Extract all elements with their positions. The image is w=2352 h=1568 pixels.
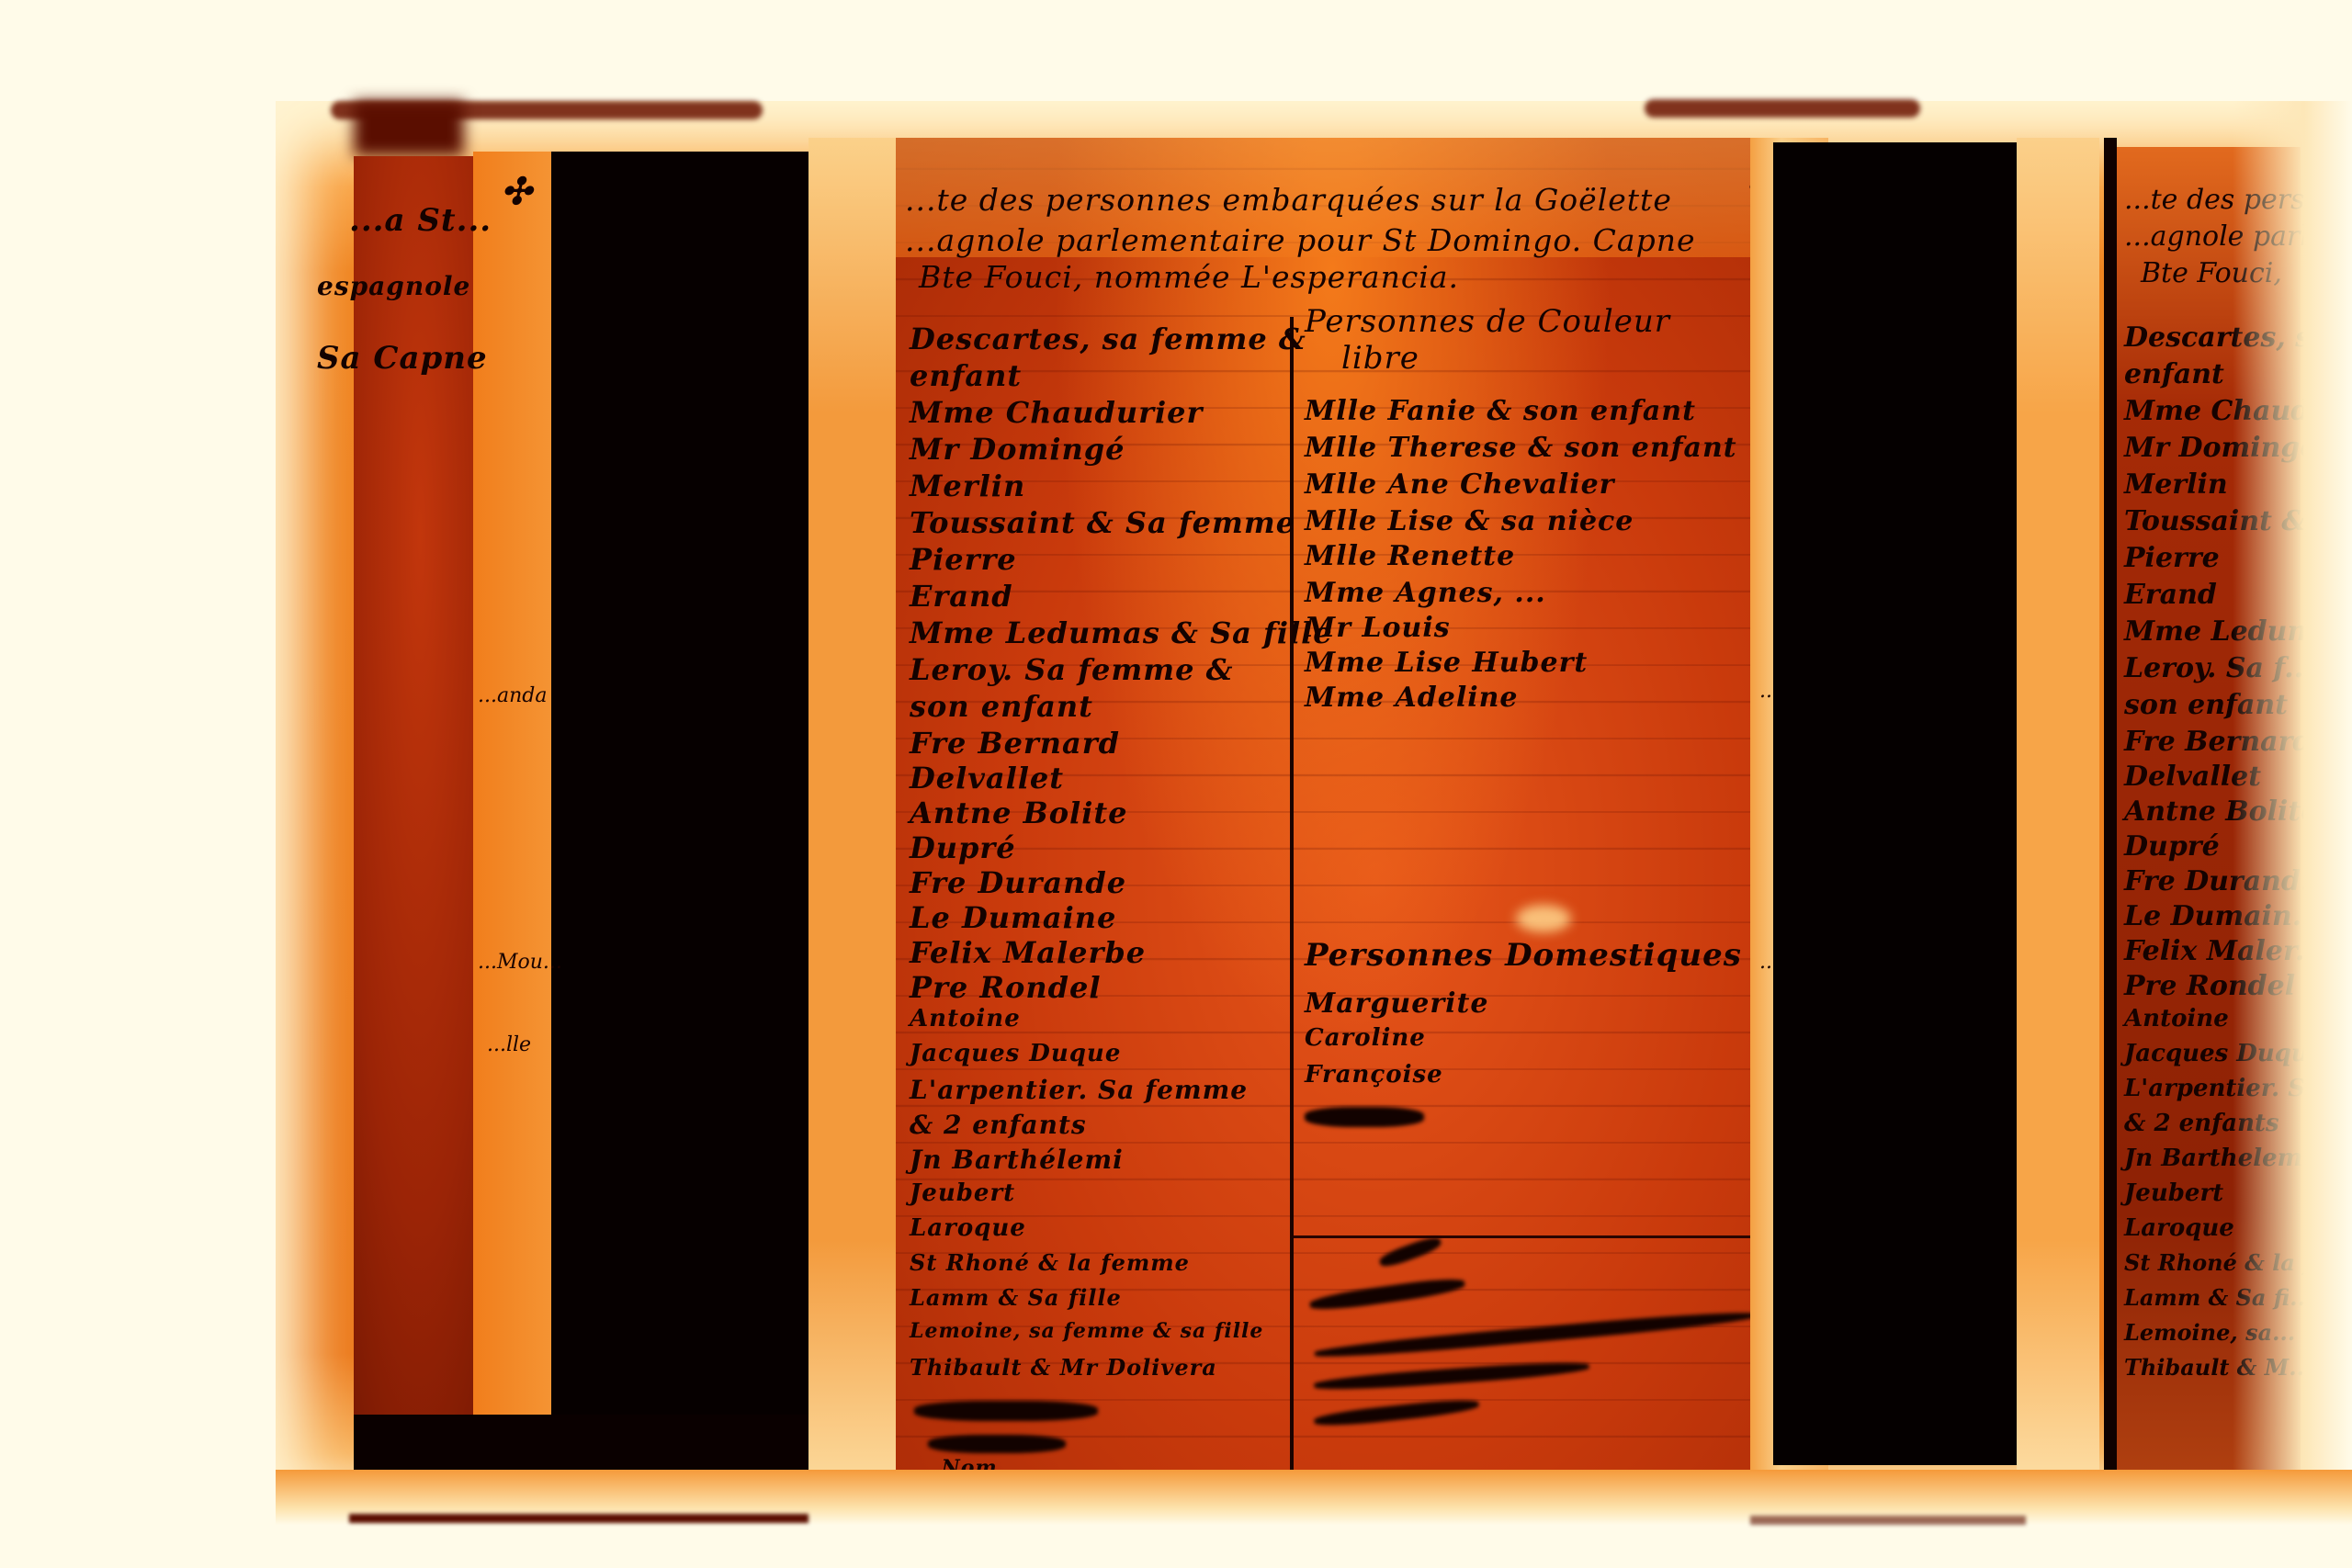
list-item: Pierre [910,542,1017,577]
fragment-line: Laroque [2124,1214,2234,1242]
list-item: Erand [910,579,1013,614]
list-item: & 2 enfants [910,1110,1087,1140]
list-item: Mlle Fanie & son enfant [1305,395,1696,427]
list-item: Mme Agnes, ... [1305,577,1546,609]
list-item: Mme Lise Hubert [1305,647,1588,679]
ink-smudge [928,1435,1066,1453]
list-item: Leroy. Sa femme & [910,652,1233,687]
right-vignette [2233,101,2352,1525]
left-fragment-text: ...a St... [349,202,492,239]
list-item: Caroline [1305,1024,1426,1052]
list-item: Marguerite [1305,987,1488,1020]
frame-burn-mark [1645,99,1920,118]
margin-note: ...anda [478,684,547,707]
section-heading: libre [1341,340,1419,377]
column-divider [1290,317,1294,1470]
fragment-line: enfant [2124,358,2224,390]
fragment-line: Pierre [2124,542,2220,574]
list-item: Mme Chaudurier [910,395,1203,430]
list-item: L'arpentier. Sa femme [910,1075,1248,1105]
signature-divider [1294,1235,1762,1238]
list-item: Jeubert [910,1179,1015,1207]
list-item: Dupré [910,830,1016,865]
list-item: Delvallet [910,761,1064,795]
frame-burn-mark [1750,1516,2026,1525]
left-dark-gap-bottom [354,1415,808,1474]
list-item: Le Dumaine [910,900,1116,935]
ink-smudge [914,1401,1098,1421]
list-item: Mlle Ane Chevalier [1305,468,1614,501]
fleuron-mark: ✣ [501,170,533,213]
list-item: Mr Louis [1305,612,1451,644]
list-item: Mme Ledumas & Sa fille [910,615,1333,650]
manifest-title-line-2: ...agnole parlementaire pour St Domingo.… [905,222,1696,258]
left-fragment-shadow [354,101,464,156]
section-heading: Personnes de Couleur [1305,303,1670,340]
list-item: Pre Rondel [910,970,1102,1005]
list-item: Felix Malerbe [910,935,1146,970]
manifest-title-line-3: Bte Fouci, nommée L'esperancia. [919,259,1459,295]
manifest-title-line-1: ...te des personnes embarquées sur la Go… [905,182,1672,218]
list-item: Jacques Duque [910,1040,1121,1067]
paper-stain [1516,905,1571,932]
frame-burn-mark [349,1514,808,1523]
light-paper-strip [2017,138,2099,1516]
list-item: Toussaint & Sa femme [910,505,1295,540]
fragment-line: Erand [2124,579,2217,611]
list-item: Fre Durande [910,865,1126,900]
left-fragment-text: espagnole [317,271,470,301]
list-item: Jn Barthélemi [910,1145,1124,1175]
margin-note: ...lle [487,1033,531,1056]
ink-smudge [1305,1107,1424,1127]
list-item: enfant [910,358,1022,393]
fragment-line: Merlin [2124,468,2228,501]
left-fragment-text: Sa Capne [317,340,488,377]
right-fragment-edge [2104,138,2117,1488]
list-item: son enfant [910,689,1093,724]
fragment-line: Dupré [2124,830,2220,863]
list-item: Françoise [1305,1061,1443,1089]
list-item: Descartes, sa femme & [910,321,1306,356]
list-item: Mr Domingé [910,432,1125,467]
list-item: Antoine [910,1005,1021,1032]
list-item: Lamm & Sa fille [910,1284,1122,1311]
light-paper-strip [808,138,896,1516]
list-item: St Rhoné & la femme [910,1249,1190,1276]
list-item: Laroque [910,1214,1026,1242]
margin-note: ...Mou... [478,951,562,974]
left-dark-gap [551,152,808,1419]
list-item: Fre Bernard [910,726,1120,761]
list-item: Mlle Renette [1305,540,1515,572]
list-item: Mlle Therese & son enfant [1305,432,1737,464]
list-item: Thibault & Mr Dolivera [910,1354,1217,1381]
fragment-line: Antoine [2124,1005,2229,1032]
list-item: Antne Bolite [910,795,1127,830]
list-item: Mme Adeline [1305,682,1519,714]
section-heading: Personnes Domestiques [1305,937,1742,974]
list-item: Lemoine, sa femme & sa fille [910,1319,1263,1343]
fragment-line: Jeubert [2124,1179,2223,1207]
right-dark-gap [1773,142,2017,1465]
list-item: Merlin [910,468,1025,503]
list-item: Mlle Lise & sa nièce [1305,505,1634,537]
